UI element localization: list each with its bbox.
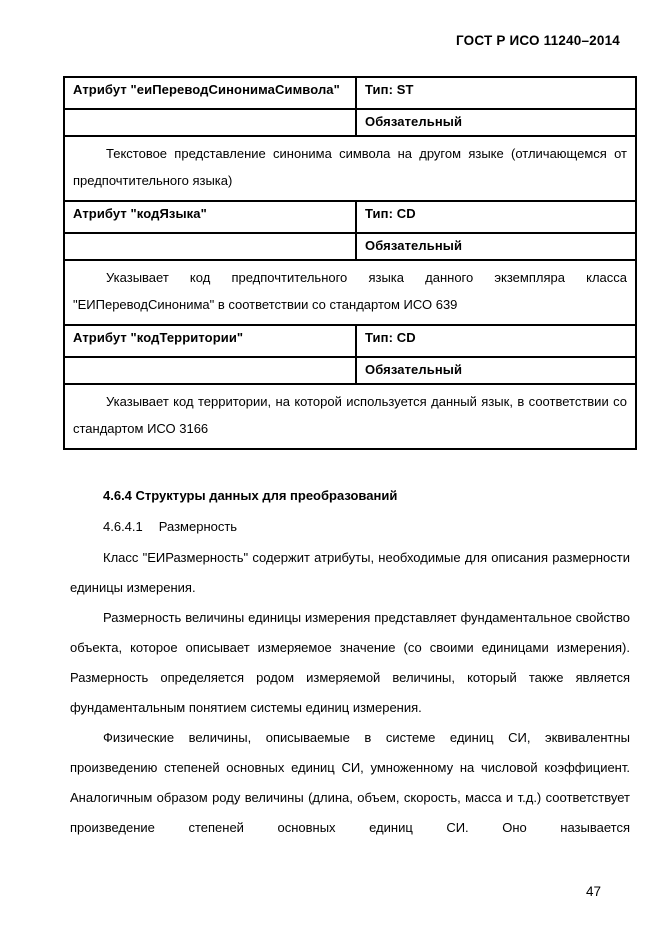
attribute-name-cell: Атрибут "кодТерритории" — [64, 325, 356, 357]
standard-designation: ГОСТ Р ИСО 11240–2014 — [456, 33, 620, 48]
document-page: ГОСТ Р ИСО 11240–2014 Атрибут "еиПеревод… — [0, 0, 661, 935]
attribute-table: Атрибут "еиПереводСинонимаСимвола" Тип: … — [63, 76, 637, 450]
table-row: Атрибут "кодТерритории" Тип: CD — [64, 325, 636, 357]
table-row: Текстовое представление синонима символа… — [64, 136, 636, 201]
body-paragraph: Размерность величины единицы измерения п… — [70, 603, 630, 723]
attribute-name-cell: Атрибут "еиПереводСинонимаСимвола" — [64, 77, 356, 109]
body-paragraph: Физические величины, описываемые в систе… — [70, 723, 630, 843]
body-paragraph: Класс "ЕИРазмерность" содержит атрибуты,… — [70, 543, 630, 603]
table-row: Обязательный — [64, 357, 636, 384]
table-row: Обязательный — [64, 233, 636, 260]
table-row: Обязательный — [64, 109, 636, 136]
attribute-type-cell: Тип: CD — [356, 325, 636, 357]
page-number: 47 — [586, 884, 601, 899]
subsection-title: Размерность — [159, 519, 237, 534]
table-row: Указывает код предпочтительного языка да… — [64, 260, 636, 325]
empty-cell — [64, 109, 356, 136]
subsection-heading: 4.6.4.1Размерность — [70, 519, 630, 535]
attribute-required-cell: Обязательный — [356, 357, 636, 384]
section-content: 4.6.4 Структуры данных для преобразовани… — [70, 488, 630, 843]
attribute-type-cell: Тип: CD — [356, 201, 636, 233]
attribute-type-cell: Тип: ST — [356, 77, 636, 109]
section-heading: 4.6.4 Структуры данных для преобразовани… — [70, 488, 630, 504]
table-row: Указывает код территории, на которой исп… — [64, 384, 636, 449]
empty-cell — [64, 357, 356, 384]
attribute-description-cell: Указывает код территории, на которой исп… — [64, 384, 636, 449]
attribute-required-cell: Обязательный — [356, 109, 636, 136]
subsection-number: 4.6.4.1 — [103, 519, 143, 534]
attribute-required-cell: Обязательный — [356, 233, 636, 260]
attribute-description-cell: Текстовое представление синонима символа… — [64, 136, 636, 201]
attribute-description-cell: Указывает код предпочтительного языка да… — [64, 260, 636, 325]
attribute-name-cell: Атрибут "кодЯзыка" — [64, 201, 356, 233]
table-row: Атрибут "кодЯзыка" Тип: CD — [64, 201, 636, 233]
table-row: Атрибут "еиПереводСинонимаСимвола" Тип: … — [64, 77, 636, 109]
empty-cell — [64, 233, 356, 260]
